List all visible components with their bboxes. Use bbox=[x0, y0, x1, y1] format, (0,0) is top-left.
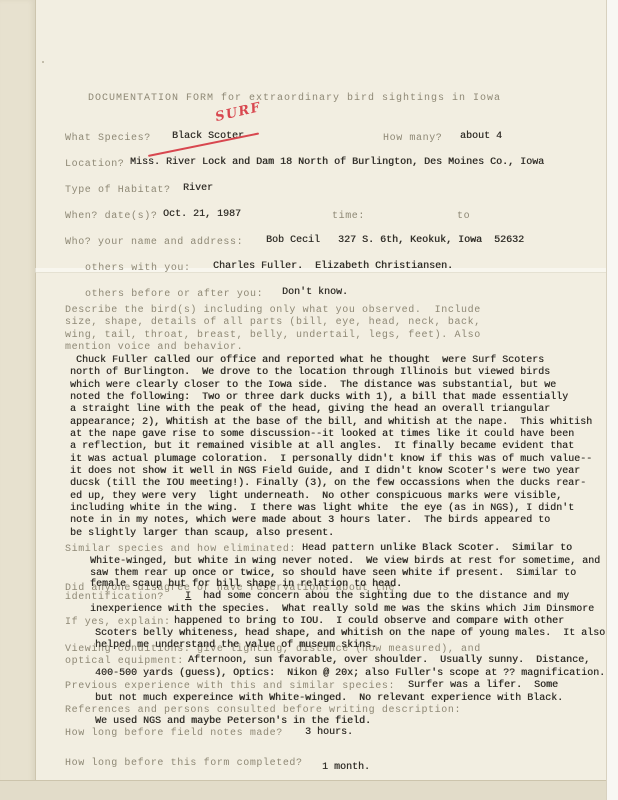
scan-left-edge bbox=[0, 0, 36, 800]
describe-label: Describe the bird(s) including only what… bbox=[65, 305, 481, 355]
who-value: Bob Cecil 327 S. 6th, Keokuk, Iowa 52632 bbox=[266, 235, 524, 247]
others-before-value: Don't know. bbox=[282, 287, 348, 299]
similar-overlap-value: female scaup but for bill shape in relat… bbox=[90, 579, 402, 591]
similar-value: Head pattern unlike Black Scoter. Simila… bbox=[302, 543, 572, 555]
if-yes-value: happened to bring to IOU. I could observ… bbox=[174, 616, 564, 628]
form-completed-value: 1 month. bbox=[322, 762, 370, 774]
field-notes-label: How long before field notes made? bbox=[65, 728, 283, 740]
similar-continuation: White-winged, but white in wing never no… bbox=[90, 556, 600, 581]
form-completed-label: How long before this form completed? bbox=[65, 758, 303, 770]
species-label: What Species? bbox=[65, 133, 151, 145]
if-yes-overlap-value: helped me understand the value of museum… bbox=[95, 640, 377, 652]
form-title: DOCUMENTATION FORM for extraordinary bir… bbox=[88, 93, 501, 105]
field-notes-value: 3 hours. bbox=[305, 727, 353, 739]
others-with-value: Charles Fuller. Elizabeth Christiansen. bbox=[213, 261, 453, 273]
how-many-value: about 4 bbox=[460, 131, 502, 143]
scan-bottom-edge bbox=[0, 780, 606, 800]
similar-label: Similar species and how eliminated: bbox=[65, 544, 296, 556]
location-label: Location? bbox=[65, 159, 124, 171]
location-value: Miss. River Lock and Dam 18 North of Bur… bbox=[130, 157, 544, 169]
others-before-label: others before or after you: bbox=[85, 289, 263, 301]
previous-experience-label: Previous experience with this and simila… bbox=[65, 681, 395, 693]
scan-right-edge bbox=[606, 0, 618, 800]
others-with-label: others with you: bbox=[85, 263, 191, 275]
how-many-label: How many? bbox=[383, 133, 442, 145]
optical-equipment-continuation: 400-500 yards (guess), Optics: Nikon @ 2… bbox=[95, 668, 605, 680]
when-value: Oct. 21, 1987 bbox=[163, 209, 241, 221]
scanned-document-page: DOCUMENTATION FORM for extraordinary bir… bbox=[0, 0, 618, 800]
previous-experience-continuation: but not much expereince with White-winge… bbox=[95, 693, 563, 705]
time-label: time: bbox=[332, 211, 365, 223]
who-label: Who? your name and address: bbox=[65, 237, 243, 249]
habitat-label: Type of Habitat? bbox=[65, 185, 171, 197]
optical-equipment-value: Afternoon, sun favorable, over shoulder.… bbox=[188, 655, 590, 667]
describe-body: Chuck Fuller called our office and repor… bbox=[70, 355, 592, 540]
habitat-value: River bbox=[183, 183, 213, 195]
to-label: to bbox=[457, 211, 470, 223]
identification-continuation: inexperience with the species. What real… bbox=[90, 604, 594, 616]
when-label: When? date(s)? bbox=[65, 211, 157, 223]
optical-equipment-label: optical equipment: bbox=[65, 656, 184, 668]
scan-speck bbox=[42, 61, 44, 63]
if-yes-continuation: Scoters belly whiteness, head shape, and… bbox=[95, 628, 605, 640]
previous-experience-value: Surfer was a lifer. Some bbox=[408, 680, 558, 692]
